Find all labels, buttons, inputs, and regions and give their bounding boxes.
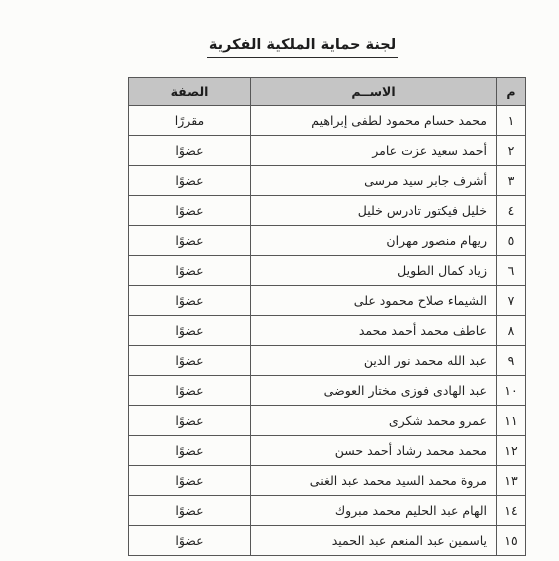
member-number: ١٣ xyxy=(497,466,526,496)
table-body: ١ محمد حسام محمود لطفى إبراهيم مقررًا ٢ … xyxy=(129,106,526,556)
member-name: مروة محمد السيد محمد عبد الغنى xyxy=(251,466,497,496)
member-number: ٣ xyxy=(497,166,526,196)
member-name: الشيماء صلاح محمود على xyxy=(251,286,497,316)
member-name: الهام عبد الحليم محمد مبروك xyxy=(251,496,497,526)
member-name: أشرف جابر سيد مرسى xyxy=(251,166,497,196)
member-number: ١١ xyxy=(497,406,526,436)
member-number: ٨ xyxy=(497,316,526,346)
member-role: مقررًا xyxy=(129,106,251,136)
table-row: ٥ ريهام منصور مهران عضوًا xyxy=(129,226,526,256)
table-row: ٧ الشيماء صلاح محمود على عضوًا xyxy=(129,286,526,316)
table-row: ١٥ ياسمين عبد المنعم عبد الحميد عضوًا xyxy=(129,526,526,556)
header-role-column: الصفة xyxy=(129,78,251,106)
member-name: عبد الله محمد نور الدين xyxy=(251,346,497,376)
member-role: عضوًا xyxy=(129,496,251,526)
member-number: ٦ xyxy=(497,256,526,286)
table-row: ٤ خليل فيكتور تادرس خليل عضوًا xyxy=(129,196,526,226)
member-role: عضوًا xyxy=(129,226,251,256)
member-name: زياد كمال الطويل xyxy=(251,256,497,286)
member-name: ريهام منصور مهران xyxy=(251,226,497,256)
member-number: ٢ xyxy=(497,136,526,166)
member-role: عضوًا xyxy=(129,286,251,316)
table-row: ١ محمد حسام محمود لطفى إبراهيم مقررًا xyxy=(129,106,526,136)
member-name: خليل فيكتور تادرس خليل xyxy=(251,196,497,226)
member-name: عاطف محمد أحمد محمد xyxy=(251,316,497,346)
member-role: عضوًا xyxy=(129,196,251,226)
document-title: لجنة حماية الملكية الفكرية xyxy=(207,37,398,58)
document-title-container: لجنة حماية الملكية الفكرية xyxy=(23,34,559,58)
member-number: ١٤ xyxy=(497,496,526,526)
member-role: عضوًا xyxy=(129,136,251,166)
scanned-document-page: لجنة حماية الملكية الفكرية م الاســم الص… xyxy=(0,0,559,561)
table-row: ٩ عبد الله محمد نور الدين عضوًا xyxy=(129,346,526,376)
table-row: ١٢ محمد محمد رشاد أحمد حسن عضوًا xyxy=(129,436,526,466)
member-number: ١ xyxy=(497,106,526,136)
member-name: محمد محمد رشاد أحمد حسن xyxy=(251,436,497,466)
member-role: عضوًا xyxy=(129,166,251,196)
member-role: عضوًا xyxy=(129,466,251,496)
table-row: ١١ عمرو محمد شكرى عضوًا xyxy=(129,406,526,436)
table-row: ٢ أحمد سعيد عزت عامر عضوًا xyxy=(129,136,526,166)
member-role: عضوًا xyxy=(129,526,251,556)
member-name: ياسمين عبد المنعم عبد الحميد xyxy=(251,526,497,556)
member-role: عضوًا xyxy=(129,406,251,436)
member-role: عضوًا xyxy=(129,316,251,346)
table-header: م الاســم الصفة xyxy=(129,78,526,106)
table-row: ٨ عاطف محمد أحمد محمد عضوًا xyxy=(129,316,526,346)
member-number: ٤ xyxy=(497,196,526,226)
header-number-column: م xyxy=(497,78,526,106)
table-header-row: م الاســم الصفة xyxy=(129,78,526,106)
member-number: ١٥ xyxy=(497,526,526,556)
member-number: ١٢ xyxy=(497,436,526,466)
member-number: ٥ xyxy=(497,226,526,256)
member-name: محمد حسام محمود لطفى إبراهيم xyxy=(251,106,497,136)
committee-members-table: م الاســم الصفة ١ محمد حسام محمود لطفى إ… xyxy=(128,77,526,556)
table-row: ١٣ مروة محمد السيد محمد عبد الغنى عضوًا xyxy=(129,466,526,496)
member-role: عضوًا xyxy=(129,346,251,376)
member-name: عبد الهادى فوزى مختار العوضى xyxy=(251,376,497,406)
member-role: عضوًا xyxy=(129,436,251,466)
table-row: ٦ زياد كمال الطويل عضوًا xyxy=(129,256,526,286)
member-role: عضوًا xyxy=(129,256,251,286)
table-row: ١٠ عبد الهادى فوزى مختار العوضى عضوًا xyxy=(129,376,526,406)
member-name: عمرو محمد شكرى xyxy=(251,406,497,436)
table-row: ٣ أشرف جابر سيد مرسى عضوًا xyxy=(129,166,526,196)
header-name-column: الاســم xyxy=(251,78,497,106)
table-row: ١٤ الهام عبد الحليم محمد مبروك عضوًا xyxy=(129,496,526,526)
member-number: ١٠ xyxy=(497,376,526,406)
member-number: ٧ xyxy=(497,286,526,316)
member-role: عضوًا xyxy=(129,376,251,406)
member-number: ٩ xyxy=(497,346,526,376)
member-name: أحمد سعيد عزت عامر xyxy=(251,136,497,166)
